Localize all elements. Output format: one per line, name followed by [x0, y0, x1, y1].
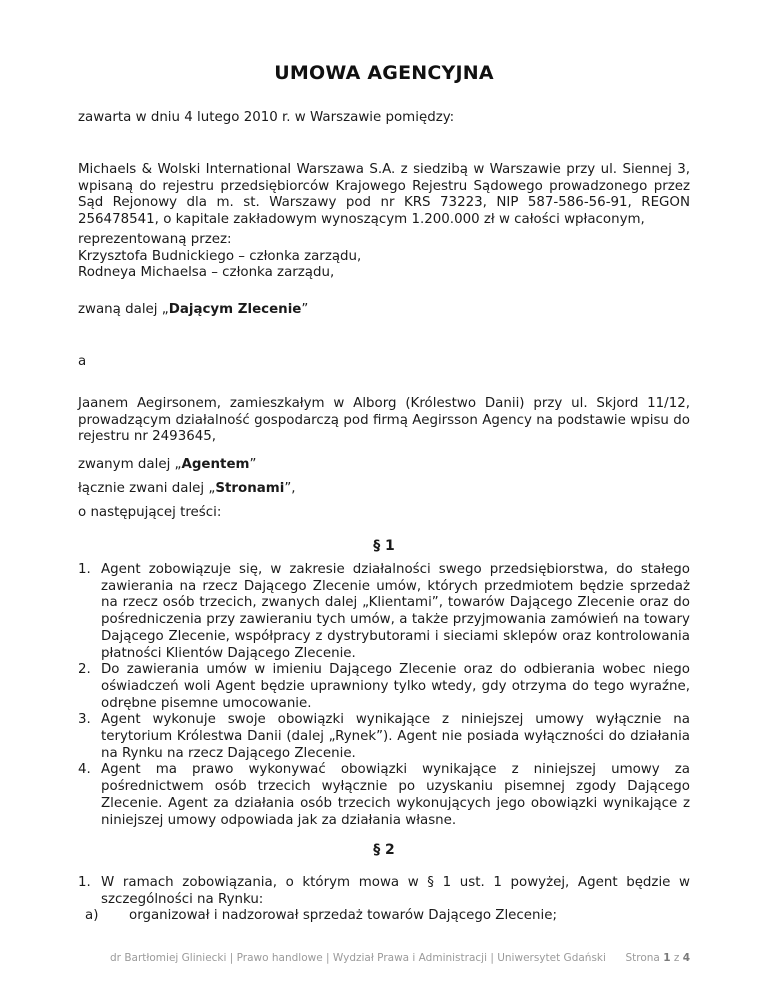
- section-subpoint: a) organizował i nadzorował sprzedaż tow…: [101, 908, 690, 925]
- party2-line: prowadzącym działalność gospodarczą pod …: [78, 413, 690, 430]
- section-1-points: 1. Agent zobowiązuje się, w zakresie dzi…: [78, 562, 690, 829]
- represented-by-label: reprezentowaną przez:: [78, 232, 690, 249]
- representative: Krzysztofa Budnickiego – członka zarządu…: [78, 249, 690, 266]
- section-point: 2. Do zawierania umów w imieniu Dającego…: [78, 662, 690, 712]
- document-page: UMOWA AGENCYJNA zawarta w dniu 4 lutego …: [0, 0, 768, 994]
- document-title: UMOWA AGENCYJNA: [0, 62, 768, 84]
- jointly-alias: łącznie zwani dalej „Stronami”,: [78, 481, 690, 498]
- party2-description: Jaanem Aegirsonem, zamieszkałym w Alborg…: [78, 396, 690, 446]
- party1-alias-name: Dającym Zlecenie: [169, 302, 302, 317]
- party1-description: Michaels & Wolski International Warszawa…: [78, 162, 690, 229]
- section-2-points: 1. W ramach zobowiązania, o którym mowa …: [78, 875, 690, 925]
- footer-credits: dr Bartłomiej Gliniecki | Prawo handlowe…: [110, 952, 606, 964]
- party1-alias: zwaną dalej „Dającym Zlecenie”: [78, 302, 690, 319]
- party2-line: rejestru nr 2493645,: [78, 429, 690, 446]
- party1-line: wpisaną do rejestru przedsiębiorców Kraj…: [78, 179, 690, 196]
- intro-line: zawarta w dniu 4 lutego 2010 r. w Warsza…: [78, 110, 690, 127]
- page-number: Strona 1 z 4: [625, 952, 690, 964]
- party2-alias-name: Agentem: [181, 457, 249, 472]
- party1-line: Sąd Rejonowy dla m. st. Warszawy pod nr …: [78, 195, 690, 212]
- party2-alias: zwanym dalej „Agentem”: [78, 457, 690, 474]
- representative: Rodneya Michaelsa – członka zarządu,: [78, 265, 690, 282]
- section-point: 4. Agent ma prawo wykonywać obowiązki wy…: [78, 762, 690, 829]
- section-point: 3. Agent wykonuje swoje obowiązki wynika…: [78, 712, 690, 762]
- party1-line: Michaels & Wolski International Warszawa…: [78, 162, 690, 179]
- party2-line: Jaanem Aegirsonem, zamieszkałym w Alborg…: [78, 396, 690, 413]
- party1-representation: reprezentowaną przez: Krzysztofa Budnick…: [78, 232, 690, 282]
- section-heading-1: § 1: [0, 538, 768, 554]
- section-heading-2: § 2: [0, 842, 768, 858]
- section-point: 1. W ramach zobowiązania, o którym mowa …: [78, 875, 690, 925]
- party1-line: 256478541, o kapitale zakładowym wynoszą…: [78, 212, 690, 229]
- jointly-alias-name: Stronami: [215, 481, 284, 496]
- conjunction: a: [78, 354, 690, 371]
- content-intro: o następującej treści:: [78, 505, 690, 522]
- section-point: 1. Agent zobowiązuje się, w zakresie dzi…: [78, 562, 690, 662]
